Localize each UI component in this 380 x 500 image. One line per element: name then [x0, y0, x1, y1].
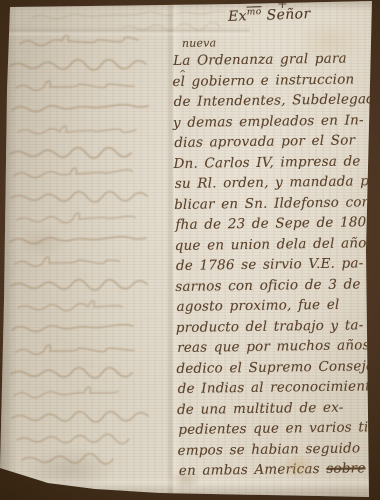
manuscript-line: en ambas Americas sobre — [179, 458, 380, 481]
inserted-word-nueva: nueva — [182, 37, 217, 48]
manuscript-line: agosto proximo, fue el — [176, 294, 377, 317]
manuscript-line: Dn. Carlos IV, impresa de — [173, 151, 375, 174]
manuscript-line: su Rl. orden, y mandada pu- — [175, 171, 376, 194]
manuscript-line: empos se habian seguido — [177, 438, 379, 461]
manuscript-line: y demas empleados en In- — [173, 110, 375, 133]
manuscript-line: producto del trabajo y ta- — [176, 315, 378, 338]
strikethrough-word: sobre — [326, 460, 365, 477]
manuscript-line: ^el gobierno e instruccion — [172, 69, 374, 92]
manuscript-body: nueva La Ordenanza gral para ^el gobiern… — [172, 48, 380, 481]
manuscript-line: reas que por muchos años — [177, 335, 378, 358]
manuscript-line: fha de 23 de Sepe de 1803, — [175, 212, 376, 235]
manuscript-line: dedico el Supremo Consejo — [176, 356, 378, 379]
heading-abbrev-superscript: mo — [247, 7, 262, 18]
insertion-caret: ^ — [179, 63, 186, 84]
document-heading: Exmo Señor — [228, 4, 359, 25]
heading-senor: Señor — [266, 6, 311, 24]
manuscript-line: sarnos con oficio de 3 de — [175, 274, 377, 297]
manuscript-line: La Ordenanza gral para — [173, 48, 374, 71]
manuscript-page: + Exmo Señor nueva La Ordenanza gral par… — [0, 0, 380, 500]
manuscript-line: de Intendentes, Subdelegados — [174, 89, 375, 112]
manuscript-line: de 1786 se sirvio V.E. pa- — [176, 253, 377, 276]
manuscript-line: dias aprovada por el Sor — [174, 130, 375, 153]
manuscript-line: blicar en Sn. Ildefonso con — [174, 192, 376, 215]
photo-frame: + Exmo Señor nueva La Ordenanza gral par… — [0, 0, 380, 500]
manuscript-line: de Indias al reconocimiento — [178, 376, 379, 399]
manuscript-line: que en union dela del año — [175, 233, 377, 256]
heading-abbrev: Ex — [228, 8, 247, 25]
manuscript-line: pedientes que en varios ti- — [178, 417, 379, 440]
manuscript-line: de una multitud de ex- — [177, 397, 379, 420]
